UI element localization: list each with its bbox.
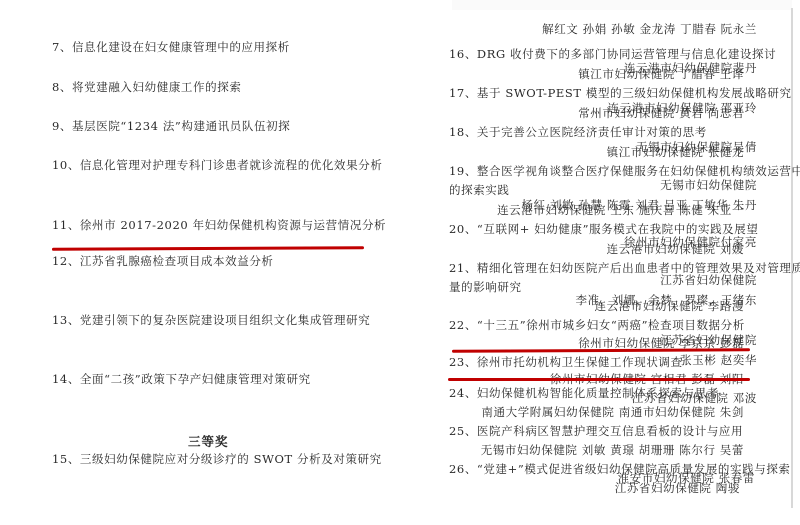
- item-19-affiliation: 连云港市妇幼保健院 王东 施庆喜 陈健 宋亚一: [497, 203, 744, 217]
- item-12-title: 12、江苏省乳腺癌检查项目成本效益分析: [52, 254, 274, 268]
- authors-item-6: 解红文 孙娟 孙敏 金龙涛 丁腊春 阮永兰: [542, 22, 757, 36]
- item-20-affiliation: 连云港市妇幼保健院 刘媛: [607, 242, 744, 256]
- item-8-title: 8、将党建融入妇幼健康工作的探索: [52, 80, 241, 94]
- page-top-shadow: [452, 0, 792, 10]
- item-13-title: 13、党建引领下的复杂医院建设项目组织文化集成管理研究: [52, 313, 370, 327]
- item-14-title: 14、全面“二孩”政策下孕产妇健康管理对策研究: [52, 372, 311, 386]
- item-23-title: 23、徐州市托幼机构卫生保健工作现状调查: [449, 355, 683, 369]
- item-16-title: 16、DRG 收付费下的多部门协同运营管理与信息化建设探讨: [449, 47, 776, 61]
- item-7-title: 7、信息化建设在妇女健康管理中的应用探析: [52, 40, 290, 54]
- item-18-affiliation: 镇江市妇幼保健院 张健龙: [607, 145, 744, 159]
- section-heading-third-prize: 三等奖: [188, 432, 229, 450]
- item-22-title: 22、“十三五”徐州市城乡妇女“两癌”检查项目数据分析: [449, 318, 745, 332]
- item-12-affiliation: 江苏省妇幼保健院: [660, 273, 757, 287]
- page-right-border: [791, 8, 793, 508]
- item-21-title: 21、精细化管理在妇幼医院产后出血患者中的管理效果及对管理质: [449, 261, 800, 275]
- item-21-title-cont: 量的影响研究: [449, 280, 522, 294]
- item-11-title: 11、徐州市 2017-2020 年妇幼保健机构资源与运营情况分析: [52, 218, 386, 232]
- item-10-affiliation: 无锡市妇幼保健院: [660, 178, 757, 192]
- item-19-title-cont: 的探索实践: [449, 183, 510, 197]
- item-24-affiliation: 南通大学附属妇幼保健院 南通市妇幼保健院 朱剑: [481, 405, 744, 419]
- item-25-affiliation: 无锡市妇幼保健院 刘敏 黄璟 胡珊珊 陈尔行 吴蕾: [481, 443, 744, 457]
- item-13-authors: 张玉彬 赵奕华: [680, 353, 757, 367]
- item-19-title: 19、整合医学视角谈整合医疗保健服务在妇幼保健机构绩效运营中: [449, 164, 800, 178]
- item-26-title: 26、“党建+”模式促进省级妇幼保健院高质量发展的实践与探索: [449, 462, 791, 476]
- item-10-title: 10、信息化管理对护理专科门诊患者就诊流程的优化效果分析: [52, 158, 382, 172]
- item-20-title: 20、“互联网+ 妇幼健康”服务模式在我院中的实践及展望: [449, 222, 758, 236]
- item-17-affiliation: 常州市妇幼保健院 黄岩 尚志君: [578, 106, 744, 120]
- item-15-title: 15、三级妇幼保健院应对分级诊疗的 SWOT 分析及对策研究: [52, 452, 382, 466]
- item-21-affiliation: 连云港市妇幼保健院 李路漫: [595, 299, 744, 313]
- item-24-title: 24、妇幼保健机构智能化质量控制体系探索与思考: [449, 386, 719, 400]
- item-17-title: 17、基于 SWOT-PEST 模型的三级妇幼保健机构发展战略研究: [449, 86, 792, 100]
- item-16-affiliation: 镇江市妇幼保健院 丁腊春 王译: [578, 67, 744, 81]
- item-25-title: 25、医院产科病区智慧护理交互信息看板的设计与应用: [449, 424, 743, 438]
- item-18-title: 18、关于完善公立医院经济责任审计对策的思考: [449, 125, 707, 139]
- item-26-affiliation: 江苏省妇幼保健院 陶骏: [615, 481, 740, 495]
- red-highlight-underline: [448, 378, 750, 381]
- item-9-title: 9、基层医院“1234 法”构建通讯员队伍初探: [52, 119, 290, 133]
